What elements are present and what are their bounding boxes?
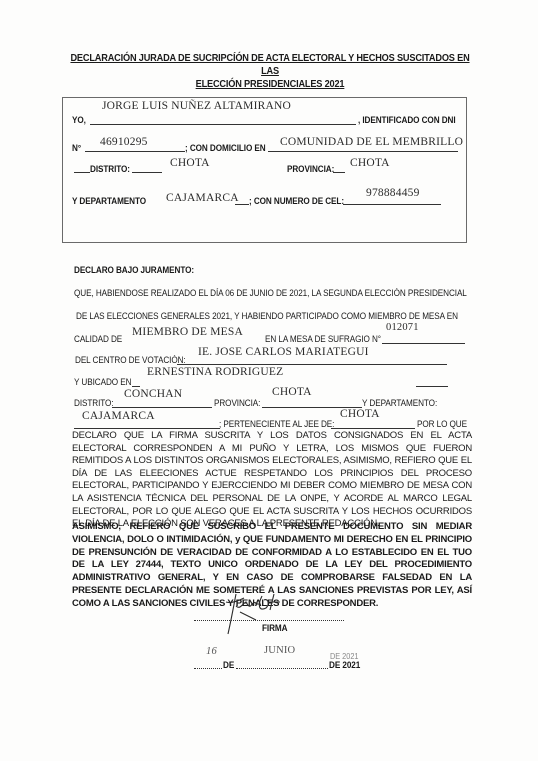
declaration-body: DECLARO QUE LA FIRMA SUSCRITA Y LOS DATO…: [72, 430, 472, 531]
ubicado-field[interactable]: ERNESTINA RODRIGUEZ: [147, 366, 283, 378]
declaration-line-1: QUE, HABIENDOSE REALIZADO EL DÍA 06 DE J…: [74, 288, 467, 299]
calidad-label: CALIDAD DE: [74, 334, 122, 345]
declaro-heading: DECLARO BAJO JURAMENTO:: [74, 265, 194, 276]
departamento-line: [235, 204, 249, 205]
signature-line: [194, 620, 344, 621]
distrito-pre-line: [74, 172, 90, 173]
ubicado-line: [416, 386, 448, 387]
n-label: N°: [72, 143, 81, 154]
distrito-field[interactable]: CHOTA: [170, 157, 210, 169]
departamento-field[interactable]: CAJAMARCA: [166, 192, 239, 204]
yo-label: YO,: [72, 115, 86, 126]
porloque-label: POR LO QUE: [417, 419, 467, 430]
domicilio-field[interactable]: COMUNIDAD DE EL MEMBRILLO: [280, 136, 463, 148]
cel-line: [343, 204, 441, 205]
declaration-line-2: DE LAS ELECCIONES GENERALES 2021, Y HABI…: [76, 311, 458, 322]
year-label: DE 2021: [329, 660, 360, 671]
mesa-line: [382, 343, 465, 344]
name-line: [90, 124, 356, 125]
month-line: [236, 668, 328, 669]
centro-line: [177, 364, 447, 365]
jee-line: [331, 428, 415, 429]
domicilio-label: ; CON DOMICILIO EN: [185, 143, 266, 154]
mesa-label: EN LA MESA DE SUFRAGIO N°: [265, 334, 381, 345]
ubicado-label: Y UBICADO EN: [74, 377, 131, 388]
cel-field[interactable]: 978884459: [366, 187, 420, 199]
departamento2-line: [74, 428, 220, 429]
cel-label: ; CON NUMERO DE CEL:: [249, 196, 344, 207]
domicilio-line: [268, 151, 458, 152]
firma-label: FIRMA: [262, 623, 287, 634]
departamento-label: Y DEPARTAMENTO: [72, 196, 146, 207]
provincia-label: PROVINCIA:: [287, 164, 334, 175]
distrito2-line: [112, 407, 212, 408]
day-line: [194, 668, 222, 669]
dni-label: , IDENTIFICADO CON DNI: [358, 115, 456, 126]
distrito-label: DISTRITO:: [90, 164, 130, 175]
title-line-1: DECLARACIÓN JURADA DE SUCRIPCÍÓN DE ACTA…: [68, 52, 473, 78]
jee-field[interactable]: CHOTA: [340, 408, 380, 420]
provincia-field[interactable]: CHOTA: [350, 157, 390, 169]
dni-field[interactable]: 46910295: [100, 136, 148, 148]
centro-label: DEL CENTRO DE VOTACIÓN:: [75, 355, 186, 366]
distrito2-label: DISTRITO:: [74, 398, 113, 409]
de-label: DE: [223, 660, 234, 671]
provincia2-label: PROVINCIA:: [214, 398, 260, 409]
distrito-line: [132, 172, 162, 173]
ubicado-pre-line: [132, 386, 140, 387]
day-field[interactable]: 16: [206, 646, 217, 657]
jee-label: ; PERTENECIENTE AL JEE DE:: [219, 419, 334, 430]
month-field[interactable]: JUNIO: [264, 645, 295, 656]
provincia-line: [333, 172, 345, 173]
departamento2-field[interactable]: CAJAMARCA: [82, 410, 155, 422]
title-line-2: ELECCIÓN PRESIDENCIALES 2021: [68, 78, 473, 91]
provincia2-field[interactable]: CHOTA: [272, 386, 312, 398]
mesa-field[interactable]: 012071: [386, 322, 419, 333]
document-title: DECLARACIÓN JURADA DE SUCRIPCÍÓN DE ACTA…: [68, 52, 473, 91]
distrito2-field[interactable]: CONCHAN: [124, 388, 182, 400]
dni-line: [85, 151, 185, 152]
calidad-field[interactable]: MIEMBRO DE MESA: [132, 326, 243, 338]
centro-field[interactable]: IE. JOSE CARLOS MARIATEGUI: [198, 346, 369, 358]
name-field[interactable]: JORGE LUIS NUÑEZ ALTAMIRANO: [102, 100, 291, 112]
